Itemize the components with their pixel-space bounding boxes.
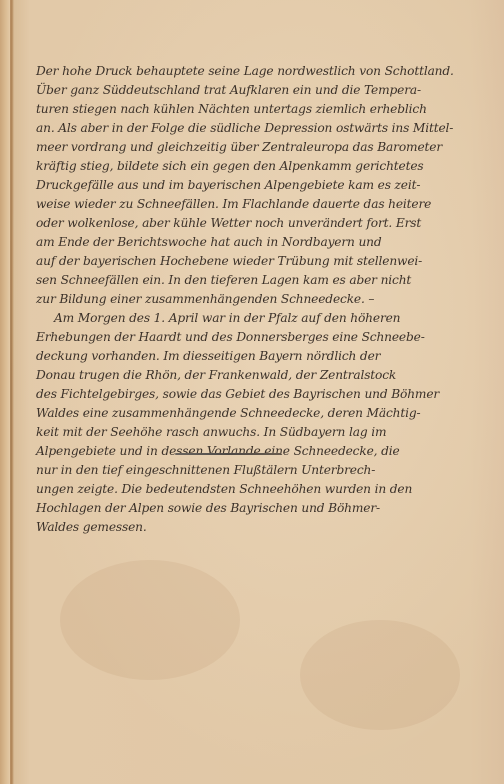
text-line: Erhebungen der Haardt und des Donnersber…	[36, 328, 498, 347]
text-line: Donau trugen die Rhön, der Frankenwald, …	[36, 366, 498, 385]
text-line: weise wieder zu Schneefällen. Im Flachla…	[36, 195, 498, 214]
text-line: Hochlagen der Alpen sowie des Bayrischen…	[36, 499, 498, 518]
manuscript-page: Der hohe Druck behauptete seine Lage nor…	[0, 0, 504, 784]
binding-edge	[10, 0, 12, 784]
text-line: meer vordrang und gleichzeitig über Zent…	[36, 138, 498, 157]
text-line: keit mit der Seehöhe rasch anwuchs. In S…	[36, 423, 498, 442]
text-line: kräftig stieg, bildete sich ein gegen de…	[36, 157, 498, 176]
text-line: oder wolkenlose, aber kühle Wetter noch …	[36, 214, 498, 233]
paper-stain	[60, 560, 240, 680]
paper-stain	[300, 620, 460, 730]
text-line: Waldes gemessen.	[36, 518, 498, 537]
text-line: Alpengebiete und in dessen Vorlande eine…	[36, 442, 498, 461]
text-line: am Ende der Berichtswoche hat auch in No…	[36, 233, 498, 252]
text-line: des Fichtelgebirges, sowie das Gebiet de…	[36, 385, 498, 404]
section-divider-rule	[175, 453, 281, 455]
text-line: Waldes eine zusammenhängende Schneedecke…	[36, 404, 498, 423]
paragraph-start-line: Am Morgen des 1. April war in der Pfalz …	[36, 309, 498, 328]
text-line: Der hohe Druck behauptete seine Lage nor…	[36, 62, 498, 81]
text-line: nur in den tief eingeschnittenen Flußtäl…	[36, 461, 498, 480]
text-line: ungen zeigte. Die bedeutendsten Schneehö…	[36, 480, 498, 499]
text-line: deckung vorhanden. Im diesseitigen Bayer…	[36, 347, 498, 366]
text-line: zur Bildung einer zusammenhängenden Schn…	[36, 290, 498, 309]
text-line: auf der bayerischen Hochebene wieder Trü…	[36, 252, 498, 271]
text-line: sen Schneefällen ein. In den tieferen La…	[36, 271, 498, 290]
handwritten-text-block: Der hohe Druck behauptete seine Lage nor…	[36, 62, 498, 537]
text-line: turen stiegen nach kühlen Nächten untert…	[36, 100, 498, 119]
text-line: Druckgefälle aus und im bayerischen Alpe…	[36, 176, 498, 195]
text-line: Über ganz Süddeutschland trat Aufklaren …	[36, 81, 498, 100]
text-line: an. Als aber in der Folge die südliche D…	[36, 119, 498, 138]
